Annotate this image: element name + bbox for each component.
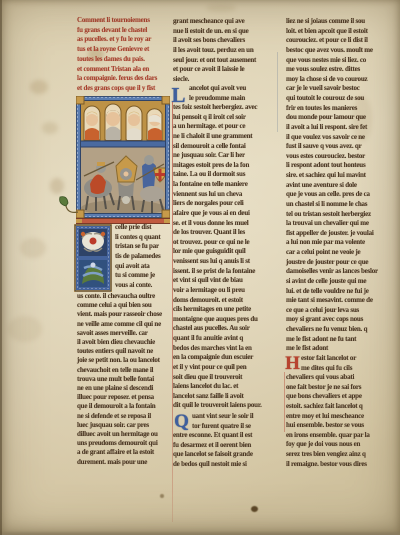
faint-pen-line bbox=[277, 52, 278, 132]
text-line: estor fait lancelot or bbox=[301, 354, 385, 364]
text-line: toutes les dames du pais. bbox=[77, 55, 171, 65]
text-line: chevaliers ne fu venuz bien. q bbox=[286, 325, 384, 335]
text-line: me le fist adont ne fu tant bbox=[286, 335, 384, 345]
text-line: avint une aventure si dole bbox=[286, 181, 384, 191]
text-line: ancelot qui avoit veu bbox=[189, 84, 269, 94]
text-line: afaire que je vous ai en deui bbox=[173, 209, 269, 219]
text-line: de los trouver. Quant il les bbox=[173, 228, 269, 238]
text-line: tor furent quatre il se bbox=[192, 422, 269, 432]
text-line: la trouvai un chevalier qui me bbox=[286, 219, 384, 229]
text-line: sil demouroit a celle fontai bbox=[173, 142, 269, 152]
text-line: ot trouvez. pour ce qui ne le bbox=[173, 238, 269, 248]
text-line: montaigne que auques pres du bbox=[173, 315, 269, 325]
text-line: quant il fu anuitie avint q bbox=[173, 334, 269, 344]
initial-H: H bbox=[285, 353, 300, 374]
stain bbox=[8, 316, 42, 342]
text-line: joustre de jouster pour ce que bbox=[286, 258, 384, 268]
tournament-miniature bbox=[76, 96, 170, 218]
text-line: lor mie que guisguidit quil bbox=[173, 247, 269, 257]
text-line: et comment Tristan ala en bbox=[77, 65, 171, 75]
text-line: uns preudoms demouroit qui bbox=[77, 439, 171, 448]
text-line: foy que je doi vous nous en bbox=[286, 440, 384, 450]
text-line: savoit asses merveille. car bbox=[77, 329, 171, 338]
text-line: tis de palamedes bbox=[115, 252, 171, 262]
text-line: et pour ce avoit il laissie le bbox=[173, 65, 269, 75]
text-line: et des grans cops que il y fist bbox=[77, 84, 171, 94]
text-line: sire. et sachiez qui lui mavint bbox=[286, 171, 384, 181]
text-line: de bedos quil nestoit mie si bbox=[173, 460, 269, 470]
flower-ornament bbox=[81, 232, 105, 251]
stain bbox=[30, 80, 48, 94]
text-line: car a celui point ne veoie je bbox=[286, 248, 384, 258]
text-line: se. et il vous donne les muel bbox=[173, 219, 269, 229]
text-line: moy la chose si de vo courouz bbox=[286, 75, 384, 85]
initial-Q: Q bbox=[173, 411, 190, 432]
text-line: ce que a celui jour leva sus bbox=[286, 306, 384, 316]
text-line: il que voulez vos savoir ce ne bbox=[286, 133, 384, 143]
text-line: en la compaignie dun escuier bbox=[173, 353, 269, 363]
text-line: le preudomme main bbox=[189, 94, 269, 104]
text-line: ne si defende et se reposa il bbox=[77, 412, 171, 421]
text-line: qui avoit ata bbox=[115, 262, 171, 272]
text-line: ne jusquau soir. Car li her bbox=[173, 151, 269, 161]
miniature-painting bbox=[76, 96, 170, 218]
parchment-page: Comment li tournoiemensfu grans devant l… bbox=[0, 0, 400, 535]
text-line: dou monde pour lamour que bbox=[286, 113, 384, 123]
text-line: que lancelot se faisoit grande bbox=[173, 450, 269, 460]
left-column-text: us conte. il chevaucha oultrecomme celui… bbox=[77, 292, 171, 467]
text-line: grant mescheance qui ave bbox=[173, 17, 269, 27]
text-line: tel ou tristan sestoit herbergiez bbox=[286, 210, 384, 220]
text-line: il avoit a lui li respont. sire fet bbox=[286, 123, 384, 133]
text-line: fust il sauve q vous avez. qr bbox=[286, 142, 384, 152]
ivy-leaf-ornament bbox=[58, 192, 80, 216]
text-line: vous estes courouciez. bestor bbox=[286, 152, 384, 162]
right-column-paragraph-2: chevaliers qui vous abatione fait bestor… bbox=[286, 373, 384, 469]
text-line: fu grans devant le chastel bbox=[77, 26, 171, 36]
page-edge-left bbox=[0, 0, 2, 535]
text-line: et vint si quil vint de biau bbox=[173, 276, 269, 286]
text-line: voir a lermitage ou li preu bbox=[173, 286, 269, 296]
text-line: ne veille ame comme cil qui ne bbox=[77, 320, 171, 329]
text-line: et il y vint pour ce quil pen bbox=[173, 363, 269, 373]
text-line: que vous nestes mie si liez. co bbox=[286, 56, 384, 66]
text-line: chastel aus pucelles. Au soir bbox=[173, 324, 269, 334]
text-line: qui toutoit le courouz de sou bbox=[286, 94, 384, 104]
text-line: nue li estoit de un. en si que bbox=[173, 27, 269, 37]
text-line: seul jour. et ont tout ausement bbox=[173, 56, 269, 66]
text-line: moy si grant avec cops nous bbox=[286, 315, 384, 325]
text-line: fu desarmez et il oerent bien bbox=[173, 441, 269, 451]
text-line: tu si comme je bbox=[115, 271, 171, 281]
text-line: me dites qui fu cils bbox=[301, 364, 385, 374]
text-line: bedos des marches vint la en bbox=[173, 344, 269, 354]
text-line: mitages estoit pres de la fon bbox=[173, 161, 269, 171]
text-line: li respont adont tout honteus bbox=[286, 161, 384, 171]
text-line: durement. mais pour une bbox=[77, 458, 171, 467]
text-line: lui. et de telle vouldre ne fui je bbox=[286, 287, 384, 297]
stain bbox=[42, 122, 58, 134]
text-line: a de grant affaire et la estoit bbox=[77, 448, 171, 457]
text-line: estoit. sachiez fait lancelot q bbox=[286, 402, 384, 412]
text-line: frir en toutes les manieres bbox=[286, 104, 384, 114]
text-line: la compaignie. ferus des dars bbox=[77, 74, 171, 84]
text-line: entre esconne. Et quant il est bbox=[173, 431, 269, 441]
ink-spot bbox=[160, 494, 164, 498]
text-line: tristan se fu par bbox=[115, 242, 171, 252]
middle-column-paragraph-1: grant mescheance qui avenue li estoit de… bbox=[173, 17, 269, 84]
middle-column-paragraph-2: tes foiz sestoit herbergiez. aveclui pen… bbox=[173, 103, 269, 411]
text-line: taine. La ou il dormoit sus bbox=[173, 170, 269, 180]
text-line: la fontaine en telle maniere bbox=[173, 180, 269, 190]
decorated-initial-A bbox=[74, 224, 112, 292]
text-line: chevaliers qui vous abati bbox=[286, 373, 384, 383]
text-line: entre moy et lui mescheance bbox=[286, 412, 384, 422]
text-line: lui pensoit q il iroit cel soir bbox=[173, 113, 269, 123]
text-line: us conte. il chevaucha oultre bbox=[77, 292, 171, 301]
text-line: a un hermitage. et pour ce bbox=[173, 122, 269, 132]
text-line: illuec pour reposer. et pensa bbox=[77, 393, 171, 402]
stain bbox=[206, 4, 236, 12]
text-line: serez tres bien vengiez ainz q bbox=[286, 450, 384, 460]
middle-column-text-beside-L: ancelot qui avoit veule preudomme main bbox=[189, 84, 269, 103]
text-line: dit quil le trouveroit laiens pour. bbox=[173, 401, 269, 411]
text-line: que je vous an celle. pres de ca bbox=[286, 190, 384, 200]
text-line: venissent sus lui q anuis li st bbox=[173, 257, 269, 267]
text-line: chevauchoit en telle mane il bbox=[77, 366, 171, 375]
text-line: damoiselles venir as lances beslor bbox=[286, 267, 384, 277]
text-line: joie se petit non. la ou lancelot bbox=[77, 356, 171, 365]
text-line: lancelot sanz faille li avoit bbox=[173, 392, 269, 402]
text-line: doms demouroit. et estoit bbox=[173, 296, 269, 306]
middle-column-text-beside-Q: uant vint seur le soir iltor furent quat… bbox=[192, 412, 269, 431]
text-line: liers de norgales pour celi bbox=[173, 199, 269, 209]
text-line: hui ensemble. bestor se vous bbox=[286, 421, 384, 431]
text-line: vient. mais pour rasseoir chose bbox=[77, 310, 171, 319]
red-penwork-tail-short bbox=[284, 372, 285, 432]
text-line: siecle. bbox=[173, 75, 269, 85]
text-line: soit dieu que il trouveroit bbox=[173, 373, 269, 383]
text-line: car je le vueil savoir bestoc bbox=[286, 84, 384, 94]
text-line: as pucelles. et y fu le roy ar bbox=[77, 35, 171, 45]
text-line: uant vint seur le soir il bbox=[192, 412, 269, 422]
text-line: Comment li tournoiemens bbox=[77, 16, 171, 26]
text-line: en irons ensemble. quar par la bbox=[286, 431, 384, 441]
text-line: one fait bestor je ne sai fors bbox=[286, 383, 384, 393]
text-line: li contes q quant bbox=[115, 233, 171, 243]
text-line: luec jusquau soir. car pres bbox=[77, 421, 171, 430]
text-line: liez ne si joiaus comme il sou bbox=[286, 17, 384, 27]
text-line: loit. et bien apcoit que il estoit bbox=[286, 27, 384, 37]
text-line: ne li chaloit il une gramment bbox=[173, 132, 269, 142]
text-line: il avoit bien dieu chevauchie bbox=[77, 338, 171, 347]
text-line: me le fist adont bbox=[286, 344, 384, 354]
text-line: ne en une plaine si descendi bbox=[77, 384, 171, 393]
text-line: vous ai conte. bbox=[115, 281, 171, 291]
text-line: me vous soulez estre. dittes bbox=[286, 65, 384, 75]
text-line: cils hermitages en une petite bbox=[173, 305, 269, 315]
text-line: comme celui a qui bien sou bbox=[77, 301, 171, 310]
text-line: tes foiz sestoit herbergiez. avec bbox=[173, 103, 269, 113]
text-line: que bons chevaliers et appe bbox=[286, 392, 384, 402]
text-line: que il demouroit a la fontain bbox=[77, 402, 171, 411]
text-line: a lui non mie par ma volente bbox=[286, 238, 384, 248]
text-line: tus et la royne Genievre et bbox=[77, 45, 171, 55]
text-line: viennent sus lui un cheva bbox=[173, 190, 269, 200]
text-line: laiens lancelot du lac. et bbox=[173, 382, 269, 392]
text-line: issent. il se prist de la fontaine bbox=[173, 267, 269, 277]
text-line: celle prie dist bbox=[115, 223, 171, 233]
page-edge-bottom bbox=[0, 531, 400, 535]
text-line: trouva une mult belle fontai bbox=[77, 375, 171, 384]
text-line: bestoc que avez vous. moult me bbox=[286, 46, 384, 56]
text-line: si avint de celle jouste qui me bbox=[286, 277, 384, 287]
stain bbox=[20, 238, 46, 258]
text-line: dilluec avoit un hermitage ou bbox=[77, 430, 171, 439]
text-line: il avoit ses bons chevaliers bbox=[173, 36, 269, 46]
text-line: il remaigne. bestor vous dires bbox=[286, 460, 384, 470]
rubric-heading: Comment li tournoiemensfu grans devant l… bbox=[77, 16, 171, 94]
middle-column-paragraph-3: entre esconne. Et quant il estfu desarme… bbox=[173, 431, 269, 470]
text-line: un chastel si li nomme le chas bbox=[286, 200, 384, 210]
right-column-paragraph-1: liez ne si joiaus comme il souloit. et b… bbox=[286, 17, 384, 354]
text-line: fist appeller de jouster. je voulai bbox=[286, 229, 384, 239]
text-line: toutes entiers quil navoit ne bbox=[77, 347, 171, 356]
text-line: mie tant si mesavint. comme de bbox=[286, 296, 384, 306]
text-line: il les avoit touz. perduz en un bbox=[173, 46, 269, 56]
left-column-text-beside-initial: celle prie distli contes q quanttristan … bbox=[115, 223, 171, 290]
ink-spot bbox=[251, 506, 258, 512]
right-column-text-beside-H: estor fait lancelot orme dites qui fu ci… bbox=[301, 354, 385, 373]
text-line: courouciez. et pour ce li dist il bbox=[286, 36, 384, 46]
